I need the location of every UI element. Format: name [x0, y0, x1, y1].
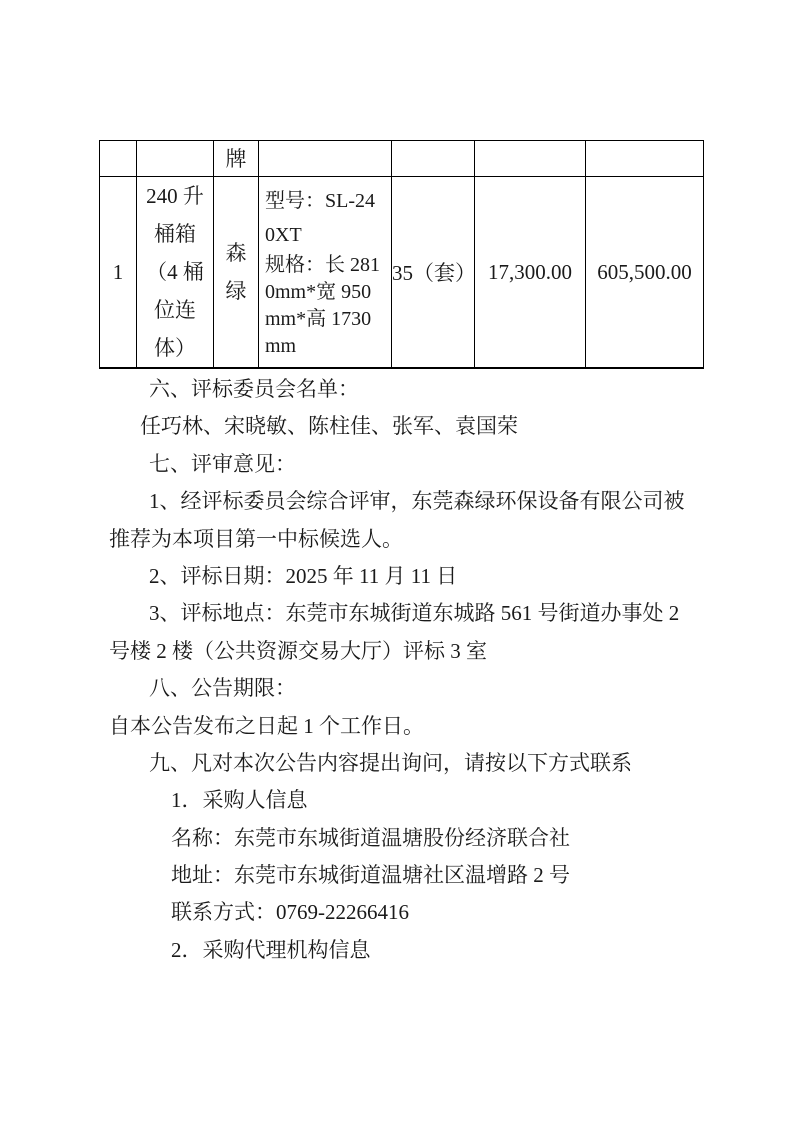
review-opinion-line-2: 推荐为本项目第一中标候选人。 — [109, 521, 715, 558]
announcement-period: 自本公告发布之日起 1 个工作日。 — [109, 708, 715, 745]
announcement-body: 六、评标委员会名单： 任巧林、宋晓敏、陈柱佳、张军、袁国荣 七、评审意见： 1、… — [109, 371, 715, 969]
purchaser-info-heading: 1．采购人信息 — [171, 782, 715, 819]
cell-goods-name: 240 升 桶箱 （4 桶 位连 体） — [137, 177, 214, 369]
header-cell-unit-price — [475, 141, 586, 177]
purchaser-contact: 联系方式：0769-22266416 — [171, 894, 715, 931]
header-cell-brand: 牌 — [214, 141, 259, 177]
spec-dimensions-text: 规格：长 281 0mm*宽 950 mm*高 1730 mm — [265, 252, 389, 360]
purchaser-address: 地址：东莞市东城街道温塘社区温增路 2 号 — [171, 857, 715, 894]
section-9-heading: 九、凡对本次公告内容提出询问，请按以下方式联系 — [149, 745, 715, 782]
bid-result-table: 牌 1 240 升 桶箱 （4 桶 位连 体） 森 绿 型号：SL-24 0XT… — [99, 140, 704, 369]
evaluation-location-line-2: 号楼 2 楼（公共资源交易大厅）评标 3 室 — [109, 633, 715, 670]
header-cell-seq — [100, 141, 137, 177]
cell-total-price: 605,500.00 — [586, 177, 704, 369]
cell-spec: 型号：SL-24 0XT 规格：长 281 0mm*宽 950 mm*高 173… — [259, 177, 392, 369]
purchaser-name: 名称：东莞市东城街道温塘股份经济联合社 — [171, 820, 715, 857]
header-cell-name — [137, 141, 214, 177]
evaluation-date: 2、评标日期：2025 年 11 月 11 日 — [149, 558, 715, 595]
section-7-heading: 七、评审意见： — [149, 446, 715, 483]
cell-unit-price: 17,300.00 — [475, 177, 586, 369]
section-8-heading: 八、公告期限： — [149, 670, 715, 707]
evaluation-committee-names: 任巧林、宋晓敏、陈柱佳、张军、袁国荣 — [140, 408, 715, 445]
document-page: 牌 1 240 升 桶箱 （4 桶 位连 体） 森 绿 型号：SL-24 0XT… — [0, 0, 793, 1122]
cell-brand: 森 绿 — [214, 177, 259, 369]
evaluation-location-line-1: 3、评标地点：东莞市东城街道东城路 561 号街道办事处 2 — [149, 595, 715, 632]
header-cell-quantity — [392, 141, 475, 177]
spec-model-text: 型号：SL-24 0XT — [265, 184, 389, 252]
table-data-row: 1 240 升 桶箱 （4 桶 位连 体） 森 绿 型号：SL-24 0XT 规… — [100, 177, 704, 369]
header-cell-total-price — [586, 141, 704, 177]
table-header-partial-row: 牌 — [100, 141, 704, 177]
header-cell-spec — [259, 141, 392, 177]
review-opinion-line-1: 1、经评标委员会综合评审，东莞森绿环保设备有限公司被 — [149, 483, 715, 520]
cell-seq: 1 — [100, 177, 137, 369]
agency-info-heading: 2．采购代理机构信息 — [171, 932, 715, 969]
cell-quantity: 35（套） — [392, 177, 475, 369]
section-6-heading: 六、评标委员会名单： — [149, 371, 715, 408]
